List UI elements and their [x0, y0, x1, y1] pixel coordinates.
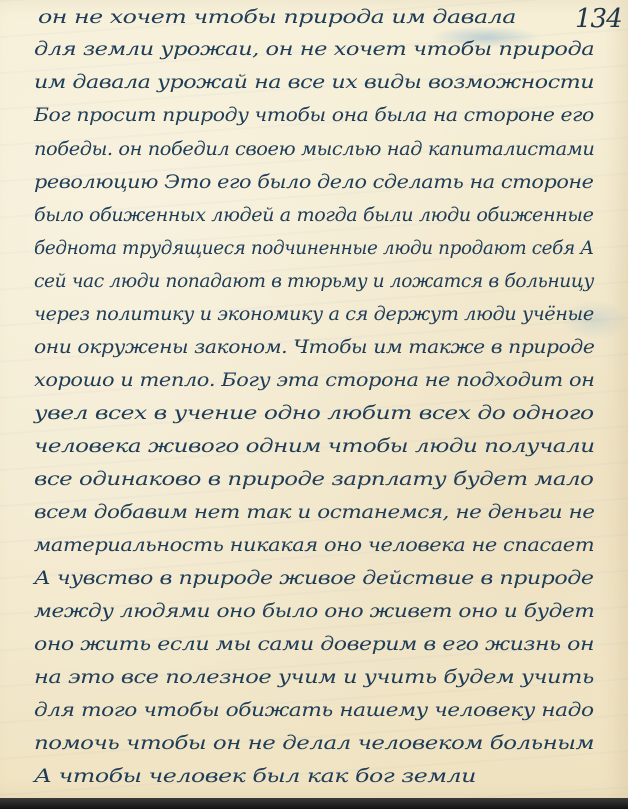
- text-line-5: победы. он победил своею мыслью над капи…: [34, 138, 594, 160]
- text-line-2: для земли урожаи, он не хочет чтобы прир…: [34, 38, 594, 60]
- text-line-1: он не хочет чтобы природа им давала: [38, 6, 516, 28]
- text-line-7: было обиженных людей а тогда были люди о…: [34, 204, 593, 226]
- text-line-23: помочь чтобы он не делал человеком больн…: [34, 732, 594, 754]
- text-line-3: им давала урожай на все их виды возможно…: [34, 71, 594, 93]
- text-line-11: они окружены законом. Чтобы им также в п…: [34, 336, 594, 358]
- text-line-14: человека живого одним чтобы люди получал…: [34, 435, 595, 457]
- text-line-4: Бог просит природу чтобы она была на сто…: [34, 104, 594, 126]
- text-line-21: на это все полезное учим и учить будем у…: [34, 666, 594, 688]
- text-line-18: А чувство в природе живое действие в при…: [34, 567, 594, 589]
- text-line-19: между людями оно было оно живет оно и бу…: [34, 600, 594, 622]
- text-line-16: всем добавим нет так и останемся, не ден…: [34, 501, 595, 523]
- text-line-17: материальность никакая оно человека не с…: [34, 534, 594, 556]
- text-line-22: для того чтобы обижать нашему человеку н…: [34, 699, 594, 721]
- text-line-12: хорошо и тепло. Богу эта сторона не подх…: [34, 369, 594, 391]
- page-bottom-edge: [0, 798, 628, 809]
- text-line-9: сей час люди попадают в тюрьму и ложатся…: [34, 270, 594, 292]
- text-line-20: оно жить если мы сами доверим в его жизн…: [34, 633, 594, 655]
- text-line-15: все одинаково в природе зарплату будет м…: [34, 468, 593, 490]
- text-line-8: беднота трудящиеся подчиненные люди прод…: [34, 237, 594, 259]
- text-line-10: через политику и экономику а ся держут л…: [34, 303, 594, 325]
- text-line-6: революцию Это его было дело сделать на с…: [34, 171, 594, 193]
- page-number: 134: [575, 4, 622, 34]
- manuscript-page: 134 он не хочет чтобы природа им давала …: [0, 0, 628, 798]
- text-line-24: А чтобы человек был как бог земли: [34, 765, 476, 787]
- text-line-13: увел всех в учение одно любит всех до од…: [34, 402, 594, 424]
